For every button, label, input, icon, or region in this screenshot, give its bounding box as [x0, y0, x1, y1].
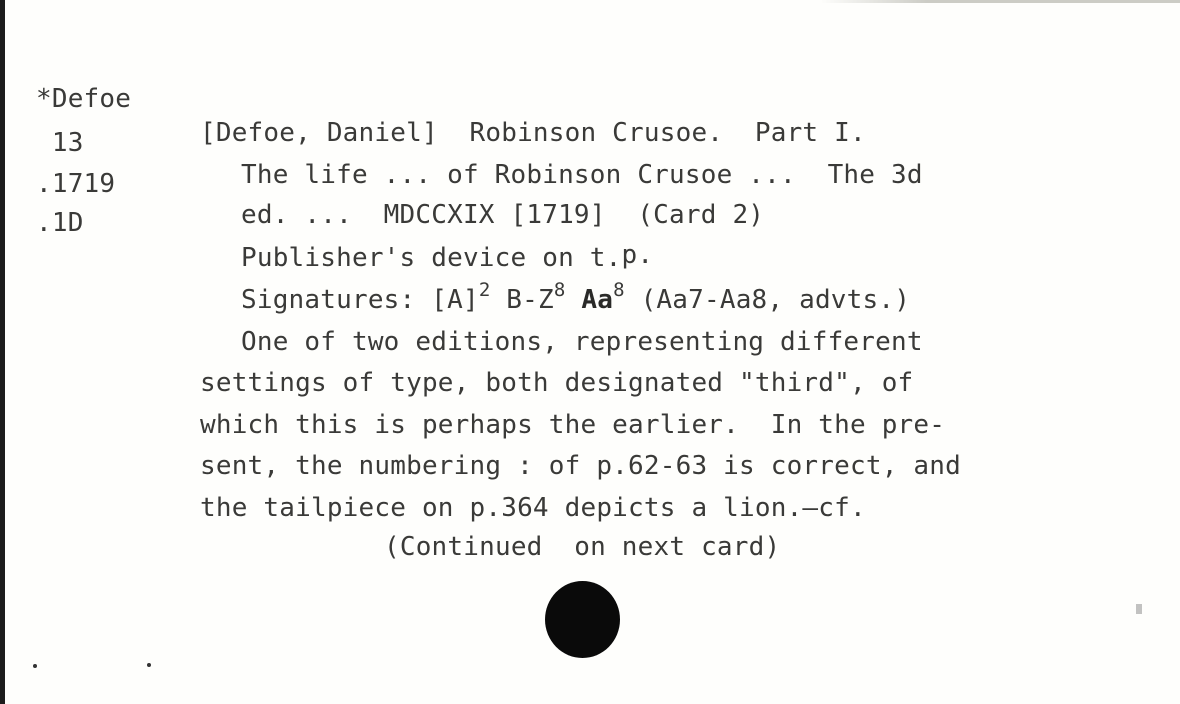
- description-line-1: One of two editions, representing differ…: [241, 327, 923, 357]
- signature-bz-sup: 8: [554, 279, 566, 301]
- publisher-note-prefix: Publisher's device on t.: [241, 243, 621, 273]
- signature-note: (Aa7-Aa8, advts.): [625, 285, 910, 315]
- call-number-line-1: *Defoe: [36, 84, 131, 114]
- speck-mark: [33, 664, 37, 668]
- title-line-2: ed. ... MDCCXIX [1719] (Card 2): [241, 200, 764, 230]
- publisher-note: Publisher's device on t.p.: [241, 243, 653, 273]
- continuation-note: (Continued on next card): [384, 532, 780, 562]
- call-number-line-2: 13: [36, 128, 84, 158]
- signature-bz: B-Z: [490, 285, 553, 315]
- card-edge-shadow: [0, 0, 5, 704]
- signatures-label: Signatures:: [241, 285, 431, 315]
- signature-aa-sup: 8: [613, 279, 625, 301]
- call-number-line-3: .1719: [36, 169, 115, 199]
- signature-a: [A]: [431, 285, 479, 315]
- speck-mark: [147, 663, 151, 667]
- signature-aa: Aa: [566, 285, 614, 315]
- signature-a-sup: 2: [479, 279, 491, 301]
- signatures-note: Signatures: [A]2 B-Z8 Aa8 (Aa7-Aa8, advt…: [241, 285, 910, 317]
- description-line-3: which this is perhaps the earlier. In th…: [200, 410, 945, 440]
- card-top-edge: [820, 0, 1180, 3]
- description-line-5: the tailpiece on p.364 depicts a lion.—c…: [200, 493, 866, 523]
- catalog-card: *Defoe 13 .1719 .1D [Defoe, Daniel] Robi…: [0, 0, 1180, 704]
- description-line-2: settings of type, both designated "third…: [200, 368, 913, 398]
- description-line-4: sent, the numbering : of p.62-63 is corr…: [200, 451, 961, 481]
- smudge-mark: [1136, 604, 1142, 614]
- card-punch-hole: [545, 581, 620, 658]
- title-line-1: The life ... of Robinson Crusoe ... The …: [241, 160, 923, 190]
- publisher-note-suffix: p.: [621, 240, 653, 270]
- call-number-line-4: .1D: [36, 208, 84, 238]
- main-entry-heading: [Defoe, Daniel] Robinson Crusoe. Part I.: [200, 118, 866, 148]
